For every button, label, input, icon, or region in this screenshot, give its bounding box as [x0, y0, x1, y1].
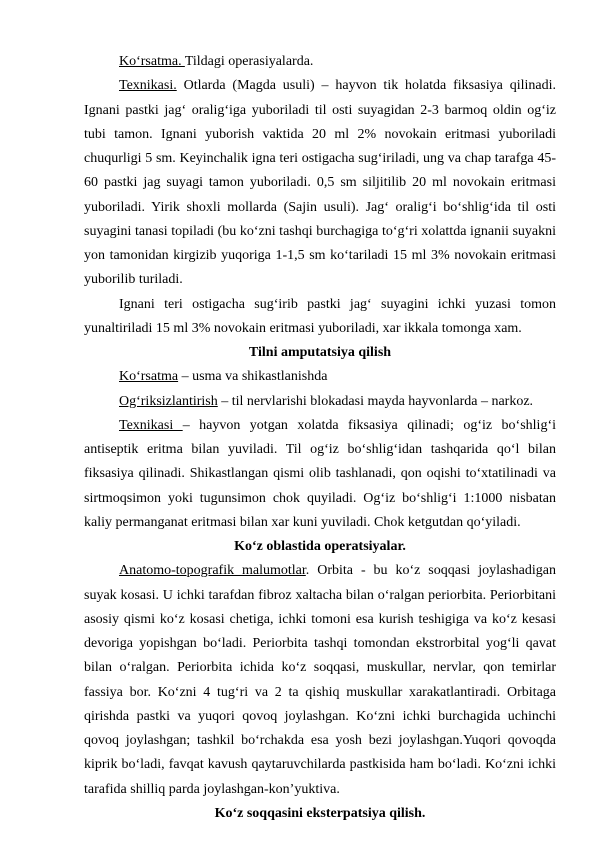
heading-eye-extirpation: Ko‘z soqqasini eksterpatsiya qilish. — [84, 802, 556, 826]
label-ogriksizlantirish: Og‘riksizlantirish — [119, 394, 218, 409]
label-korsatma: Ko‘rsatma. — [119, 54, 185, 69]
paragraph-technique-2: Texnikasi – hayvon yotgan xolatda fiksas… — [84, 414, 556, 535]
paragraph-text: – til nervlarishi blokadasi mayda hayvon… — [218, 394, 533, 409]
heading-eye-operations: Ko‘z oblastida operatsiyalar. — [84, 535, 556, 559]
paragraph-indication-2: Ko‘rsatma – usma va shikastlanishda — [84, 365, 556, 389]
label-anatomo-topografik: Anatomo-topografik malumotlar — [119, 563, 306, 578]
label-korsatma: Ko‘rsatma — [119, 369, 178, 384]
paragraph-text: Otlarda (Magda usuli) – hayvon tik holat… — [84, 78, 556, 287]
heading-tongue-amputation: Tilni amputatsiya qilish — [84, 341, 556, 365]
paragraph-text: . Orbita - bu ko‘z soqqasi joylashadigan… — [84, 563, 556, 796]
label-texnikasi: Texnikasi — [119, 418, 183, 433]
paragraph-technique: Texnikasi. Otlarda (Magda usuli) – hayvo… — [84, 74, 556, 292]
paragraph-needle: Ignani teri ostigacha sug‘irib pastki ja… — [84, 293, 556, 342]
paragraph-text: – usma va shikastlanishda — [178, 369, 327, 384]
paragraph-indication: Ko‘rsatma. Tildagi operasiyalarda. — [84, 50, 556, 74]
paragraph-text: – hayvon yotgan xolatda fiksasiya qilina… — [84, 418, 556, 530]
document-page: Ko‘rsatma. Tildagi operasiyalarda. Texni… — [84, 50, 556, 826]
label-texnikasi: Texnikasi. — [119, 78, 177, 93]
paragraph-text: Ignani teri ostigacha sug‘irib pastki ja… — [84, 297, 556, 336]
paragraph-text: Tildagi operasiyalarda. — [185, 54, 314, 69]
paragraph-anesthesia: Og‘riksizlantirish – til nervlarishi blo… — [84, 390, 556, 414]
paragraph-anatomy: Anatomo-topografik malumotlar. Orbita - … — [84, 559, 556, 802]
